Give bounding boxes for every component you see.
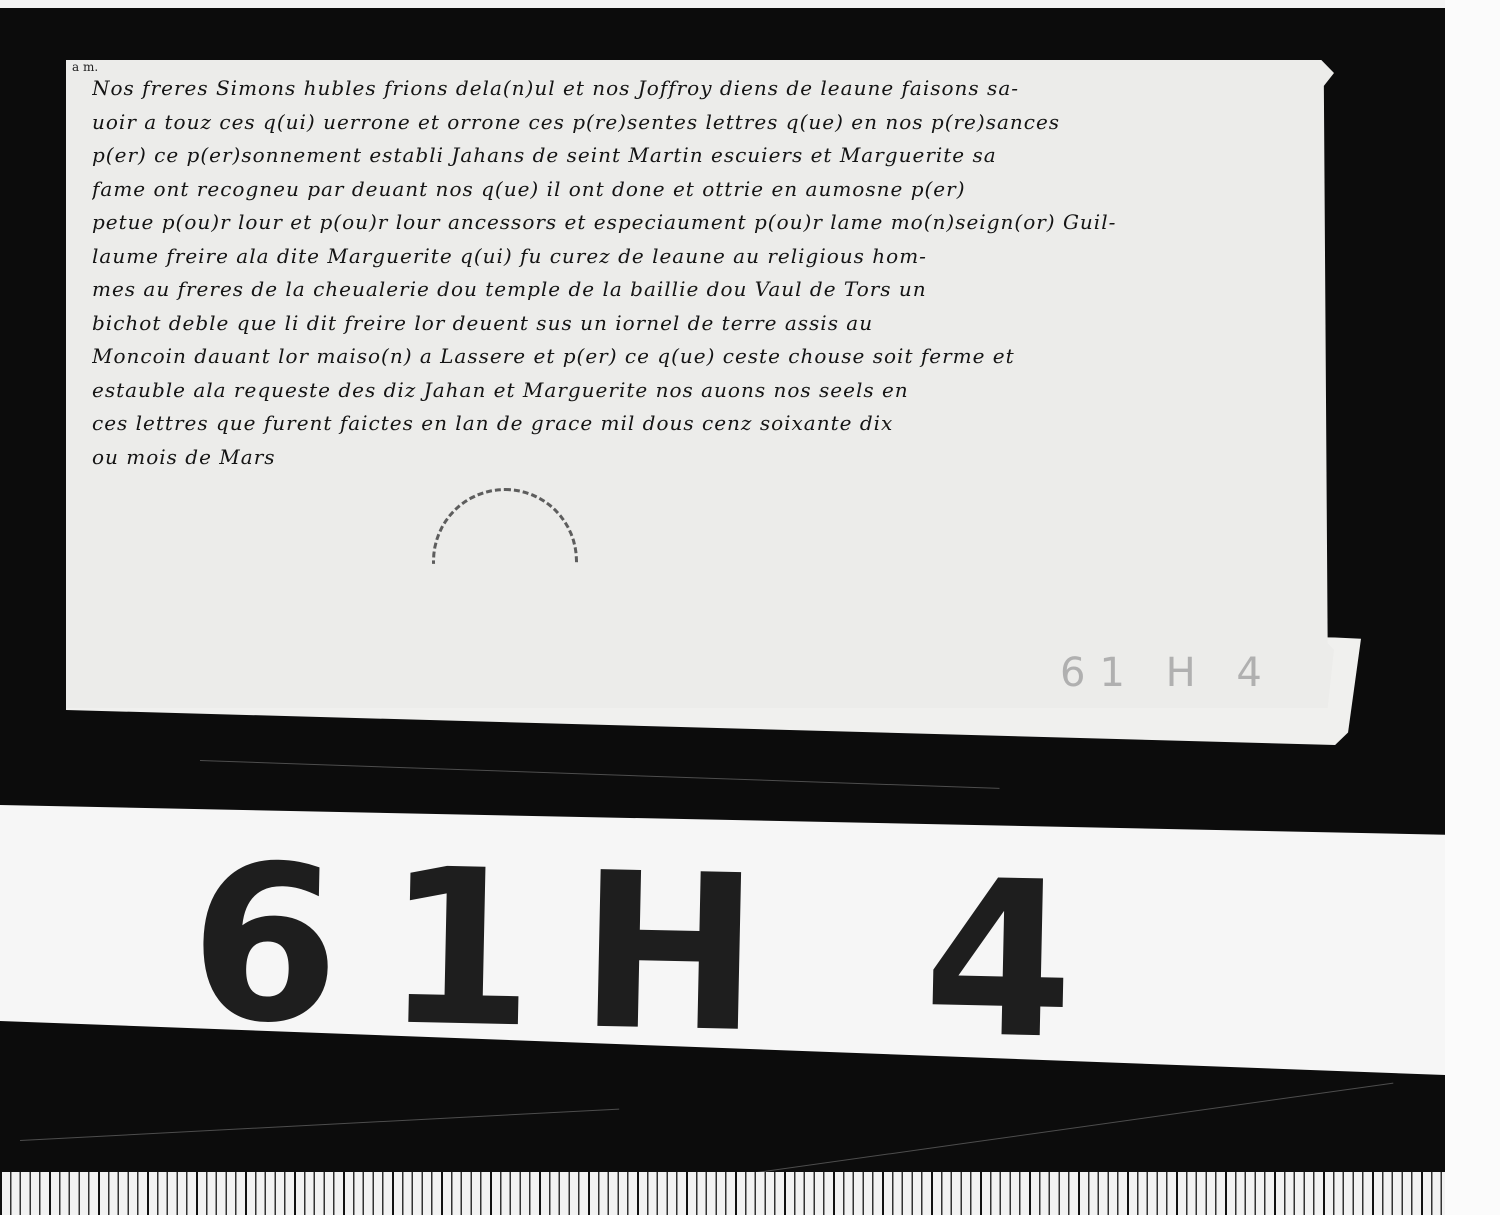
text-line: Nos freres Simons hubles frions dela(n)u… bbox=[92, 72, 1332, 106]
text-line: bichot deble que li dit freire lor deuen… bbox=[92, 307, 1332, 341]
shelfmark-label: 61H 4 bbox=[188, 835, 1121, 1069]
text-line: ou mois de Mars bbox=[92, 441, 1332, 475]
text-line: laume freire ala dite Marguerite q(ui) f… bbox=[92, 240, 1332, 274]
text-line: mes au freres de la cheualerie dou templ… bbox=[92, 273, 1332, 307]
photo-top-border bbox=[0, 0, 1500, 8]
text-line: Moncoin dauant lor maiso(n) a Lassere et… bbox=[92, 340, 1332, 374]
text-line: petue p(ou)r lour et p(ou)r lour ancesso… bbox=[92, 206, 1332, 240]
text-line: estauble ala requeste des diz Jahan et M… bbox=[92, 374, 1332, 408]
photo-right-border bbox=[1445, 0, 1500, 1215]
text-line: uoir a touz ces q(ui) uerrone et orrone … bbox=[92, 106, 1332, 140]
dorsal-shelfmark: 61 H 4 bbox=[1060, 650, 1276, 696]
charter-text: Nos freres Simons hubles frions dela(n)u… bbox=[92, 72, 1332, 474]
ruler-major-ticks bbox=[0, 1172, 1445, 1215]
text-line: p(er) ce p(er)sonnement establi Jahans d… bbox=[92, 139, 1332, 173]
text-line: fame ont recogneu par deuant nos q(ue) i… bbox=[92, 173, 1332, 207]
text-line: ces lettres que furent faictes en lan de… bbox=[92, 407, 1332, 441]
